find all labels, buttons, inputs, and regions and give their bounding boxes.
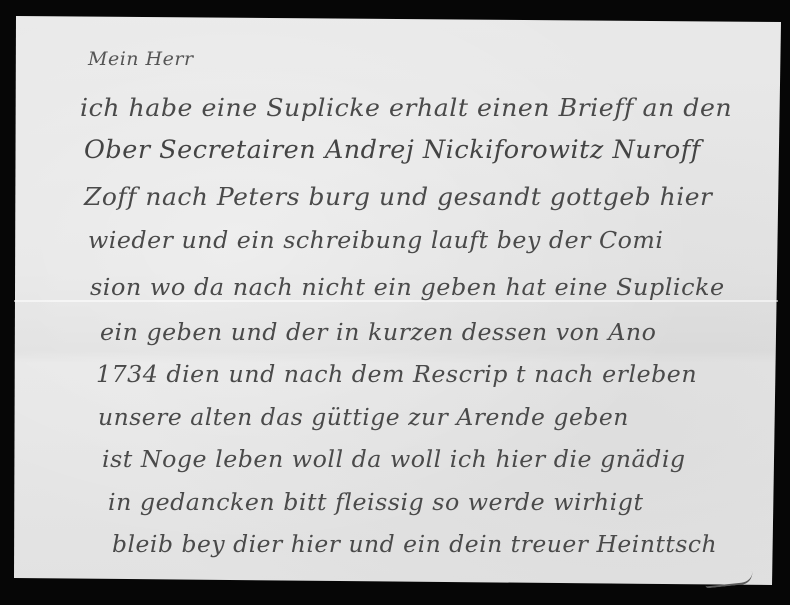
letter-line-9: ist Noge leben woll da woll ich hier die… [102,447,686,473]
letter-line-11-signature: bleib bey dier hier und ein dein treuer … [112,532,717,558]
letter-line-10: in gedancken bitt fleissig so werde wirh… [108,490,644,516]
letter-line-2: Ober Secretairen Andrej Nickiforowitz Nu… [84,135,701,164]
letter-line-1: ich habe eine Suplicke erhalt einen Brie… [80,94,732,122]
letter-line-8: unsere alten das güttige zur Arende gebe… [98,405,629,431]
letter-line-5: sion wo da nach nicht ein geben hat eine… [90,275,725,301]
letter-line-3: Zoff nach Peters burg und gesandt gottge… [84,183,712,211]
letter-greeting: Mein Herr [88,48,194,70]
letter-line-4: wieder und ein schreibung lauft bey der … [88,228,663,254]
letter-line-7: 1734 dien und nach dem Rescrip t nach er… [96,362,697,388]
letter-line-6: ein geben und der in kurzen dessen von A… [100,320,656,346]
scanned-document: Mein Herr ich habe eine Suplicke erhalt … [0,0,790,605]
